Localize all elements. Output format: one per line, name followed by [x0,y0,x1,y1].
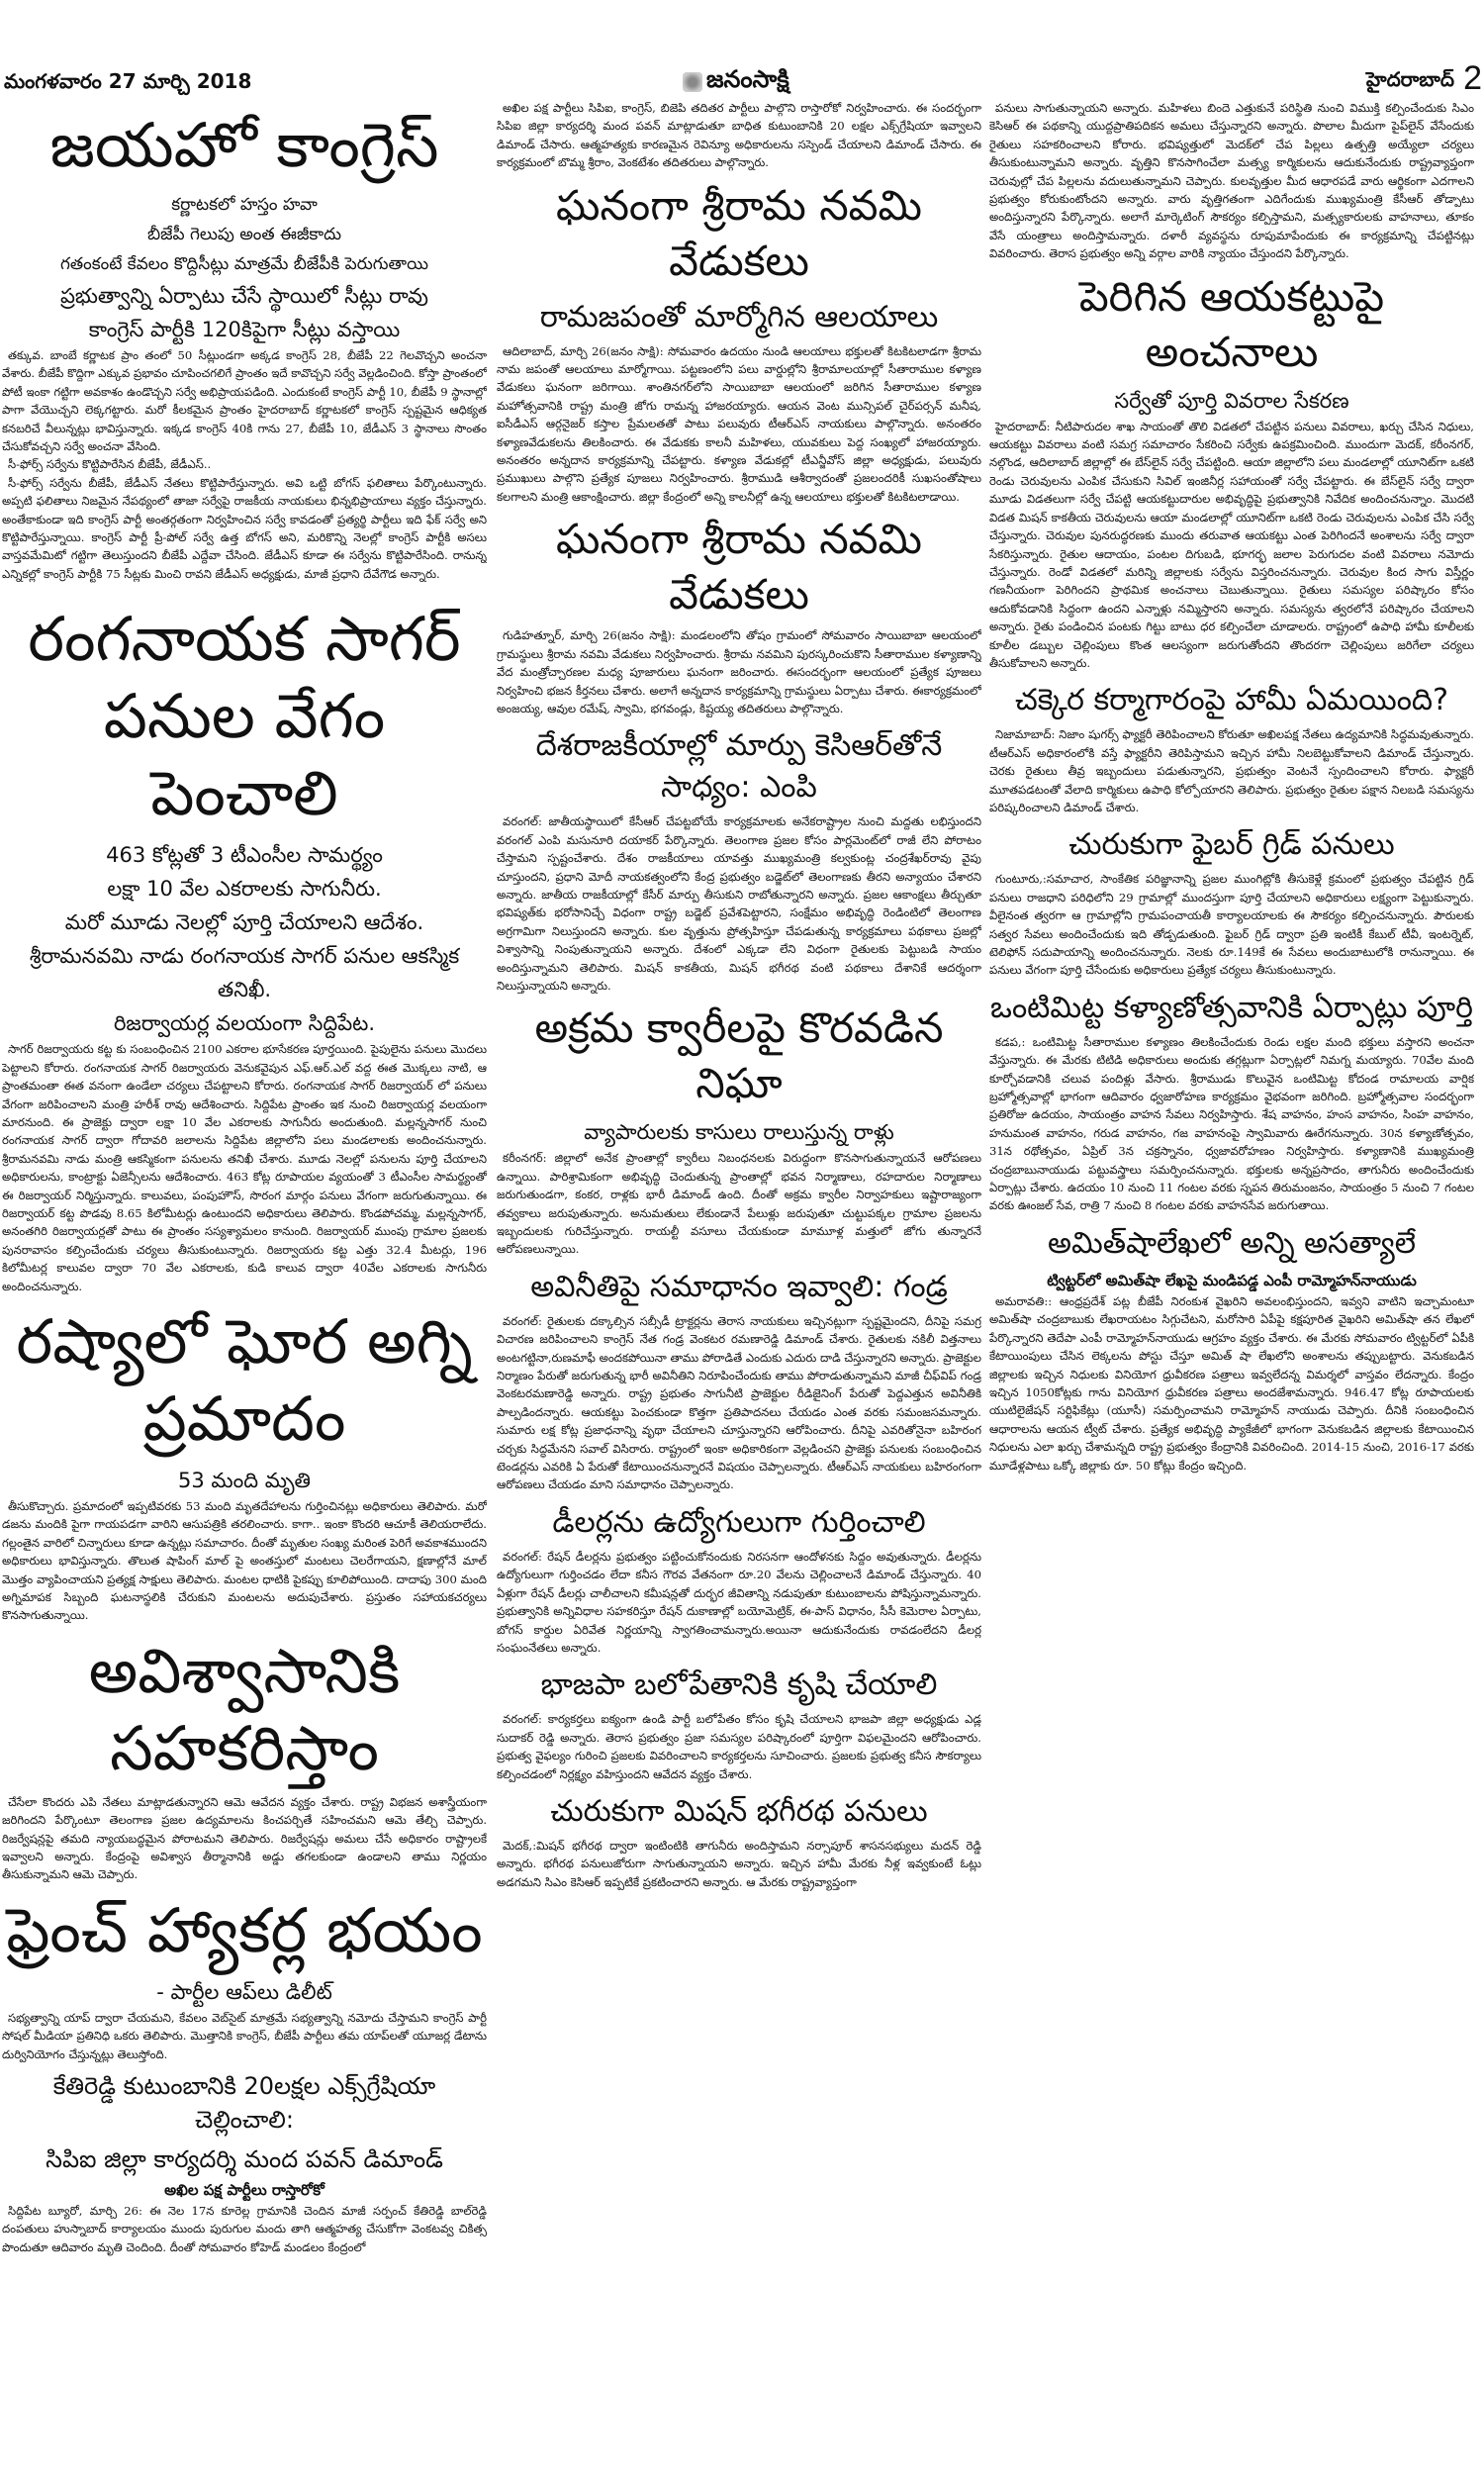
subhead: కర్ణాటకలో హస్తం హవా [2,190,487,220]
article-russia-fire: రష్యాలో ఘోర అగ్ని ప్రమాదం 53 మంది మృతి త… [2,1303,487,1625]
article-body: గుంటూరు,:సమాచార, సాంకేతిక పరిజ్ఞానాన్ని … [989,870,1474,979]
article-bjp-strengthen: భాజపా బలోపేతానికి కృషి చేయాలి వరంగల్: కా… [497,1665,981,1783]
subhead: కాంగ్రెస్ పార్టీకి 120కిపైగా సీట్లు వస్త… [2,313,487,346]
headline: చక్కెర కర్మాగారంపై హామీ ఏమయింది? [989,680,1474,721]
subhead: లక్షా 10 వేల ఎకరాలకు సాగునీరు. [2,872,487,905]
subhead: బీజేపీ గెలుపు అంత ఈజీకాదు [2,220,487,249]
article-body: తీసుకొచ్చారు. ప్రమాదంలో ఇప్పటివరకు 53 మం… [2,1497,487,1625]
article-body: కడప,: ఒంటిమిట్ట సీతారాముల కళ్యాణం తిలకిం… [989,1033,1474,1215]
headline: చురుకుగా ఫైబర్ గ్రిడ్ పనులు [989,824,1474,866]
edition-city: హైదరాబాద్ [1366,67,1454,96]
subhead: ప్రభుత్వాన్ని ఏర్పాటు చేసే స్థాయిలో సీట్… [2,279,487,313]
subhead: ట్విట్టర్‌లో అమిత్‌షా లేఖపై మండిపడ్డ ఎంప… [989,1269,1474,1292]
article-sugar-factory: చక్కెర కర్మాగారంపై హామీ ఏమయింది? నిజామాబ… [989,680,1474,816]
subhead: మరో మూడు నెలల్లో పూర్తి చేయాలని ఆదేశం. [2,905,487,939]
edition-date: మంగళవారం 27 మార్చి 2018 [4,69,251,98]
headline: అక్రమ క్వారీలపై కొరవడిన నిఘా [497,1000,981,1111]
headline: చురుకుగా మిషన్ భగీరథ పనులు [497,1791,981,1833]
headline: డీలర్లను ఉద్యోగులుగా గుర్తించాలి [497,1502,981,1544]
article-ration-dealers: డీలర్లను ఉద్యోగులుగా గుర్తించాలి వరంగల్:… [497,1502,981,1657]
headline: రష్యాలో ఘోర అగ్ని ప్రమాదం [2,1303,487,1458]
headline: కేతిరెడ్డి కుటుంబానికి 20లక్షల ఎక్స్‌గ్ర… [2,2069,487,2137]
column-middle: అఖిల పక్ష పార్టీలు సిపిఐ, కాంగ్రెస్, బిజ… [497,99,981,2469]
article-body: సాగర్ రిజర్వాయరు కట్ట కు సంబంధించిన 2100… [2,1040,487,1295]
article-no-confidence: అవిశ్వాసానికి సహకరిస్తాం చేసేలా కొందరు ఎ… [2,1633,487,1884]
article-ranganayaka-sagar: రంగనాయక సాగర్ పనుల వేగం పెంచాలి 463 కోట్… [2,601,487,1295]
article-amit-shah-letter: అమిత్‌షాలేఖలో అన్ని అసత్యాలే ట్విట్టర్‌ల… [989,1223,1474,1475]
article-body: సిద్దిపేట బ్యూరో, మార్చి 26: ఈ నెల 17న క… [2,2202,487,2256]
article-body: మెదక్,:మిషన్ భగీరథ ద్వారా ఇంటింటికి తాగు… [497,1837,981,1891]
article-body: చేసేలా కొందరు ఎపి నేతలు మాట్లాడతున్నారని… [2,1793,487,1884]
article-body: హైదరాబాద్: నీటిపారుదల శాఖ సాయంతో తొలి వి… [989,418,1474,673]
subhead: రామజపంతో మార్మోగిన ఆలయాలు [497,297,981,338]
article-mission-bhagiratha: చురుకుగా మిషన్ భగీరథ పనులు మెదక్,:మిషన్ … [497,1791,981,1891]
column-right: పనులు సాగుతున్నాయని అన్నారు. మహిళలు బింద… [989,99,1474,2469]
article-french-hackers: ఫ్రెంచ్ హ్యాకర్ల భయం - పార్టీల ఆప్‌లు డి… [2,1892,487,2063]
headline: ఘనంగా శ్రీరామ నవమి వేడుకలు [497,512,981,622]
article-gandra-corruption: అవినీతిపై సమాధానం ఇవ్వాలి: గండ్ర వరంగల్:… [497,1267,981,1494]
subhead: - పార్టీల ఆప్‌లు డిలీట్ [2,1975,487,2009]
article-illegal-quarries: అక్రమ క్వారీలపై కొరవడిన నిఘా వ్యాపారులకు… [497,1000,981,1258]
article-srirama-navami-gudihatnoor: ఘనంగా శ్రీరామ నవమి వేడుకలు గుడిహత్నూర్, … [497,512,981,717]
headline: పెరిగిన ఆయకట్టుపై అంచనాలు [989,269,1474,380]
article-srirama-navami-adilabad: ఘనంగా శ్రీరామ నవమి వేడుకలు రామజపంతో మార్… [497,178,981,507]
article-body: కరీంనగర్: జిల్లాలో అనేక ప్రాంతాల్లో క్వా… [497,1149,981,1258]
subhead: శ్రీరామనవమి నాడు రంగనాయక సాగర్ పనుల ఆకస్… [2,939,487,1006]
subhead: గతంకంటే కేవలం కొద్దిసీట్లు మాత్రమే బీజేప… [2,249,487,279]
article-body: వరంగల్: జాతీయస్థాయిలో కేసీఆర్ చేపట్టబోయే… [497,812,981,995]
telangana-map-icon [683,72,702,92]
article-body-subsection: సీ-ఫోర్స్ సర్వేను కొట్టిపారేసిన బీజేపీ, … [2,455,487,473]
subhead: 53 మంది మృతి [2,1464,487,1497]
article-body: అమరావతి:: ఆంధ్రప్రదేశ్ పట్ల బీజేపీ నిరంక… [989,1292,1474,1475]
headline: అమిత్‌షాలేఖలో అన్ని అసత్యాలే [989,1223,1474,1265]
article-body: సభ్యత్వాన్ని యాప్ ద్వారా చేయమని, కేవలం వ… [2,2009,487,2063]
article-body: తక్కువ. బాంబే కర్ణాటక ప్రాం తంలో 50 సీట్… [2,346,487,455]
article-body: ఆదిలాబాద్, మార్చి 26(జనం సాక్షి): సోమవార… [497,342,981,507]
article-body: వరంగల్: రేషన్ డీలర్లను ప్రభుత్వం పట్టించ… [497,1548,981,1657]
headline: భాజపా బలోపేతానికి కృషి చేయాలి [497,1665,981,1706]
newspaper-logo[interactable]: జనంసాక్షి [683,65,789,99]
article-continuation: అఖిల పక్ష పార్టీలు సిపిఐ, కాంగ్రెస్, బిజ… [497,99,981,172]
article-jayaho-congress: జయహో కాంగ్రెస్ కర్ణాటకలో హస్తం హవా బీజేప… [2,107,487,583]
article-body: వరంగల్: రైతులకు దక్కాల్సిన సబ్సీడీ ట్రాక… [497,1312,981,1494]
headline: దేశరాజకీయాల్లో మార్పు కెసిఆర్‌తోనే సాధ్య… [497,725,981,809]
headline: రంగనాయక సాగర్ [2,601,487,678]
article-kethireddy-exgratia: కేతిరెడ్డి కుటుంబానికి 20లక్షల ఎక్స్‌గ్ర… [2,2069,487,2256]
article-body: నిజామాబాద్: నిజాం షుగర్స్ ఫ్యాక్టరీ తెరి… [989,725,1474,816]
article-fiber-grid: చురుకుగా ఫైబర్ గ్రిడ్ పనులు గుంటూరు,:సమా… [989,824,1474,979]
article-body: గుడిహత్నూర్, మార్చి 26(జనం సాక్షి): మండల… [497,626,981,717]
subhead: వ్యాపారులకు కాసులు రాలుస్తున్న రాళ్లు [497,1115,981,1149]
headline: జయహో కాంగ్రెస్ [2,107,487,184]
headline: ఒంటిమిట్ట కళ్యాణోత్సవానికి ఏర్పాట్లు పూర… [989,988,1474,1029]
subhead: రిజర్వాయర్ల వలయంగా సిద్దిపేట. [2,1006,487,1040]
masthead: మంగళవారం 27 మార్చి 2018 జనంసాక్షి హైదరాబ… [0,59,1484,99]
article-continuation: పనులు సాగుతున్నాయని అన్నారు. మహిళలు బింద… [989,99,1474,263]
headline: అవినీతిపై సమాధానం ఇవ్వాలి: గండ్ర [497,1267,981,1308]
article-vontimitta-kalyanam: ఒంటిమిట్ట కళ్యాణోత్సవానికి ఏర్పాట్లు పూర… [989,988,1474,1215]
logo-text: జనంసాక్షి [706,65,789,99]
headline: పనుల వేగం పెంచాలి [2,678,487,832]
headline: అవిశ్వాసానికి సహకరిస్తాం [2,1633,487,1787]
headline: ఘనంగా శ్రీరామ నవమి వేడుకలు [497,178,981,289]
article-body: వరంగల్: కార్యకర్తలు ఐక్యంగా ఉండి పార్టీ … [497,1710,981,1783]
subhead: సర్వేతో పూర్తి వివరాల సేకరణ [989,384,1474,418]
kicker: అఖిల పక్ష పార్టీలు రాస్తారోకో [2,2178,487,2202]
article-body: సీ-ఫోర్స్ సర్వేను బీజేపీ, జేడీఎస్ నేతలు … [2,474,487,583]
article-kcr-national-politics: దేశరాజకీయాల్లో మార్పు కెసిఆర్‌తోనే సాధ్య… [497,725,981,995]
headline: సిపిఐ జిల్లా కార్యదర్శి మంద పవన్ డిమాండ్ [2,2142,487,2176]
column-left: జయహో కాంగ్రెస్ కర్ణాటకలో హస్తం హవా బీజేప… [2,99,487,2469]
article-ayacut-survey: పెరిగిన ఆయకట్టుపై అంచనాలు సర్వేతో పూర్తి… [989,269,1474,673]
page-number: 2 [1463,59,1482,98]
subhead: 463 కోట్లతో 3 టీఎంసీల సామర్థ్యం [2,838,487,872]
headline: ఫ్రెంచ్ హ్యాకర్ల భయం [2,1892,487,1969]
